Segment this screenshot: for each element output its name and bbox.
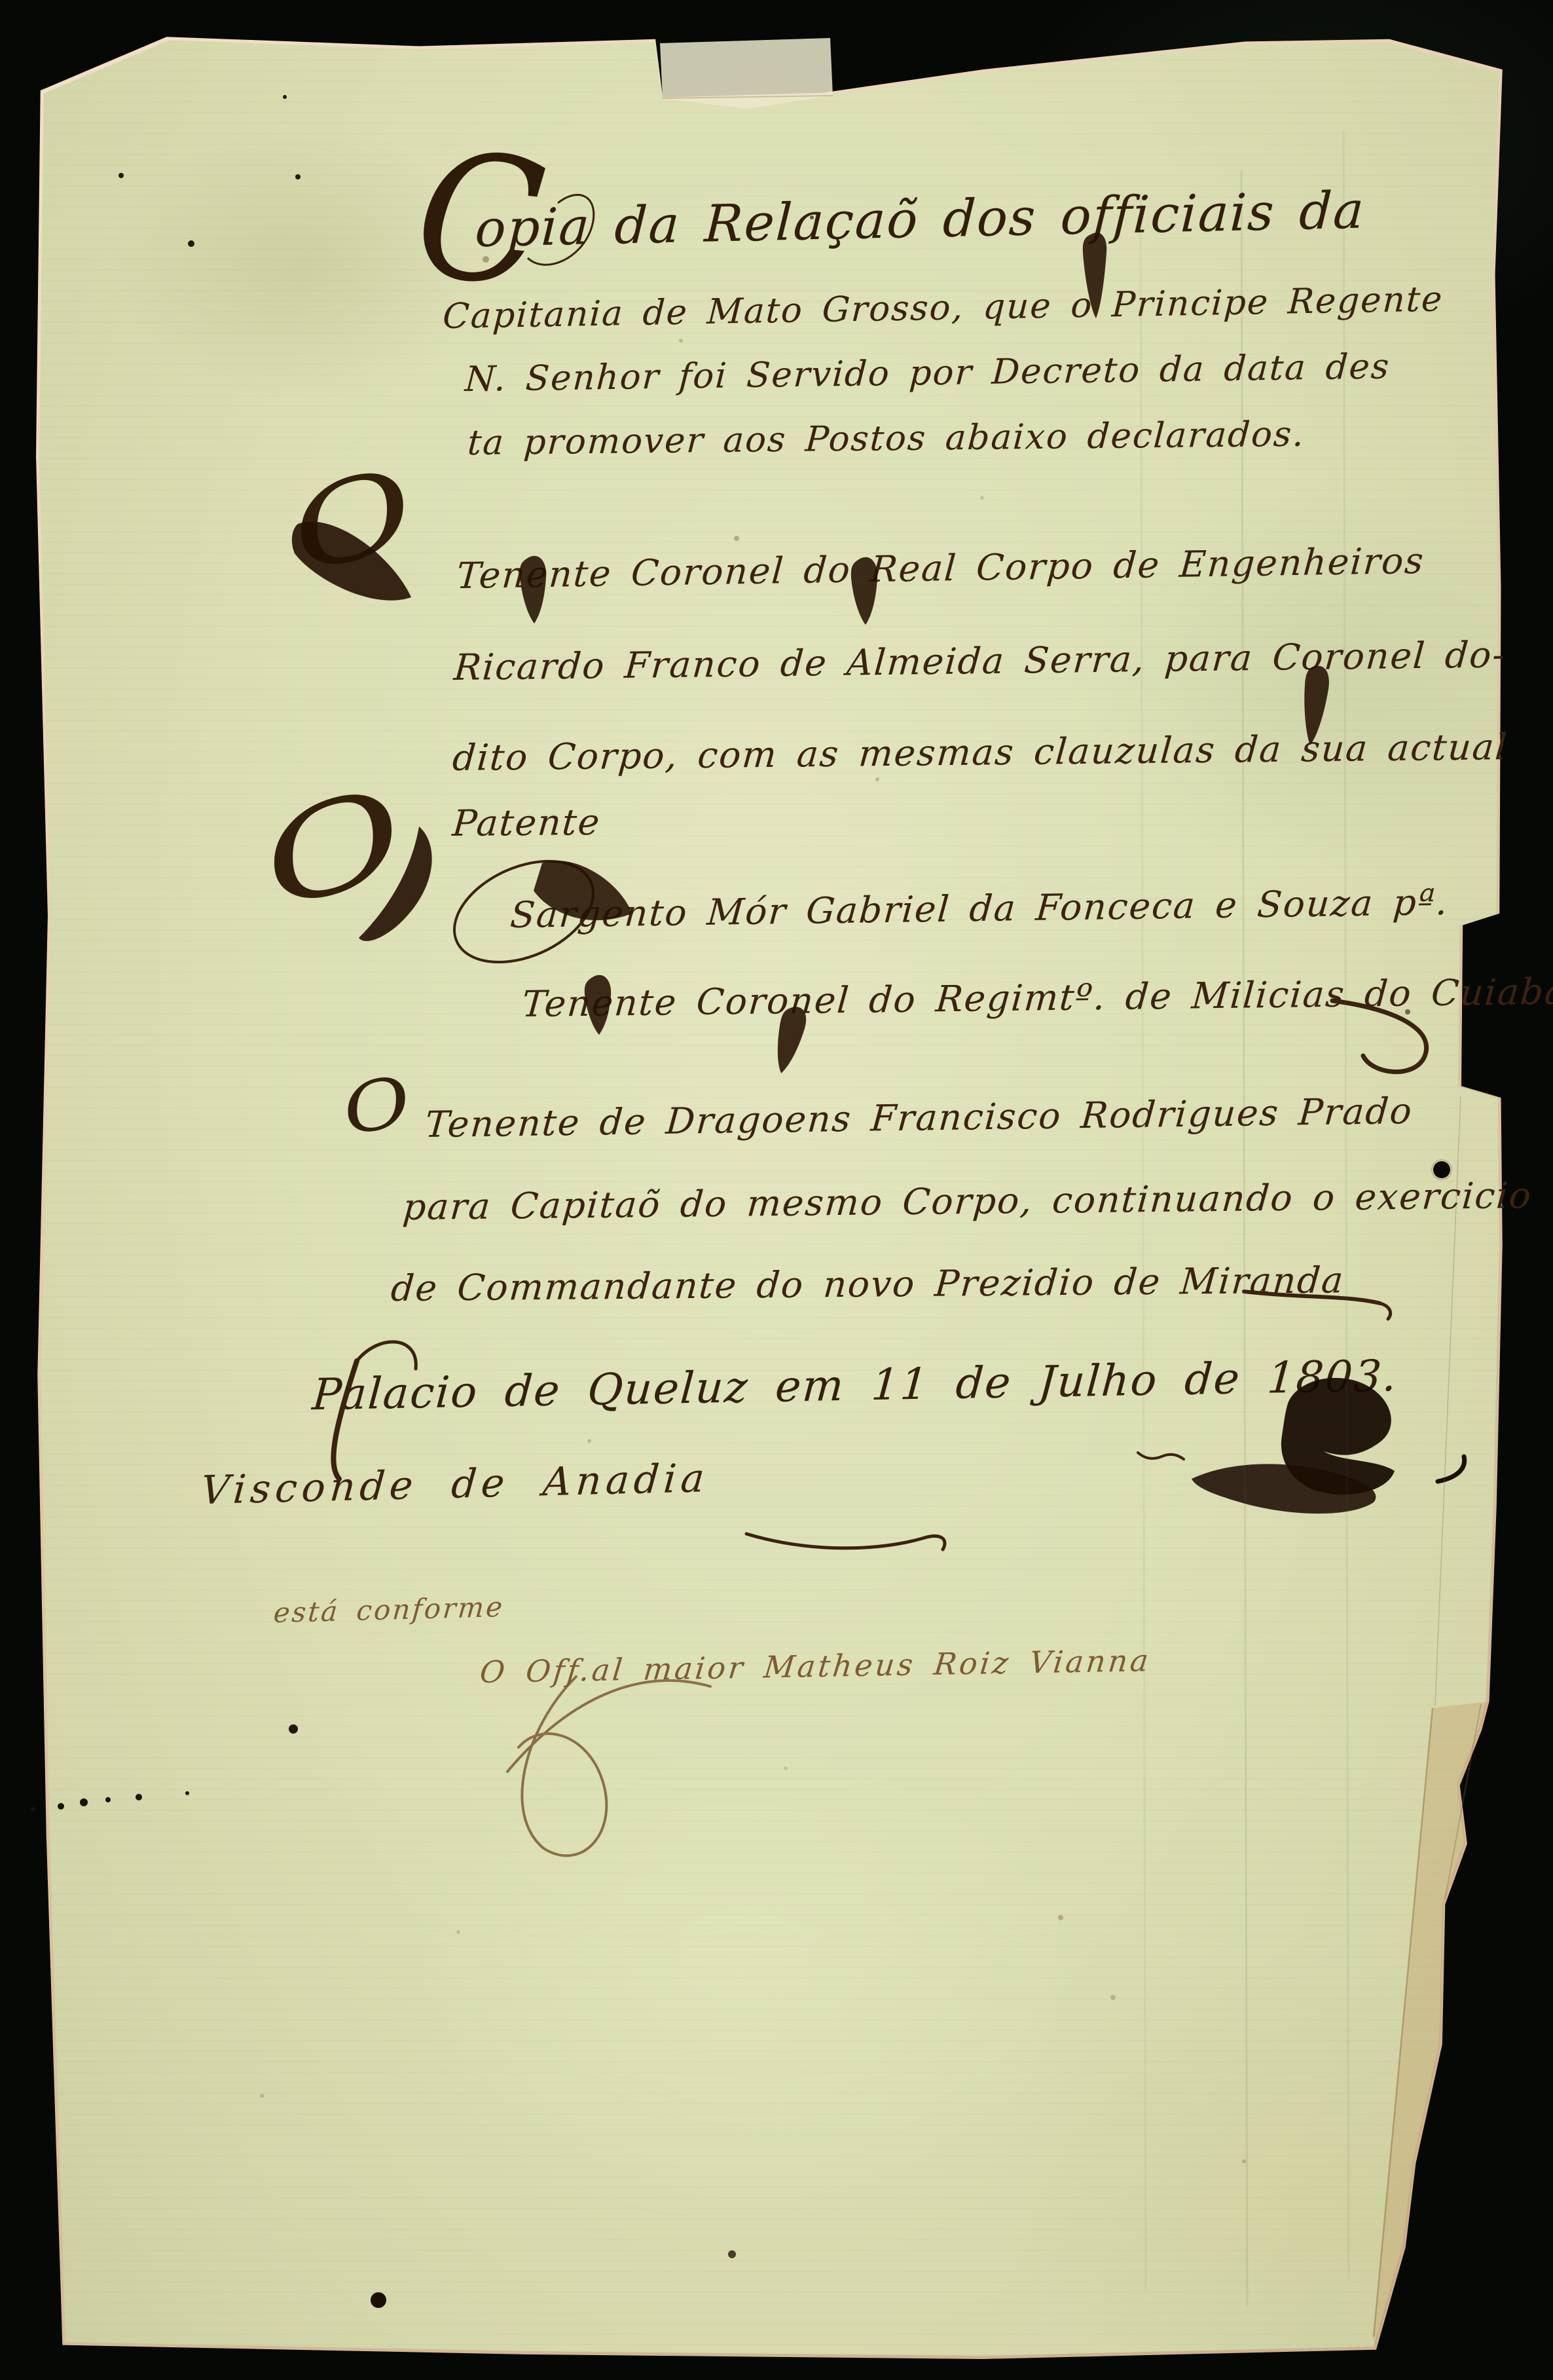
manuscript-photo: C opia da Relaçaõ dos officiais da Capit… bbox=[0, 0, 1553, 2380]
entry-1-line-4: Patente bbox=[451, 800, 602, 845]
entry-3-illuminated-initial: O bbox=[338, 1066, 417, 1145]
attestation-note: está conforme bbox=[272, 1591, 505, 1630]
heading-line-4: ta promover aos Postos abaixo declarados… bbox=[466, 414, 1306, 464]
entry-1-illuminated-initial: O bbox=[280, 452, 427, 589]
entry-3-line-3: de Commandante do novo Prezidio de Miran… bbox=[390, 1258, 1346, 1310]
